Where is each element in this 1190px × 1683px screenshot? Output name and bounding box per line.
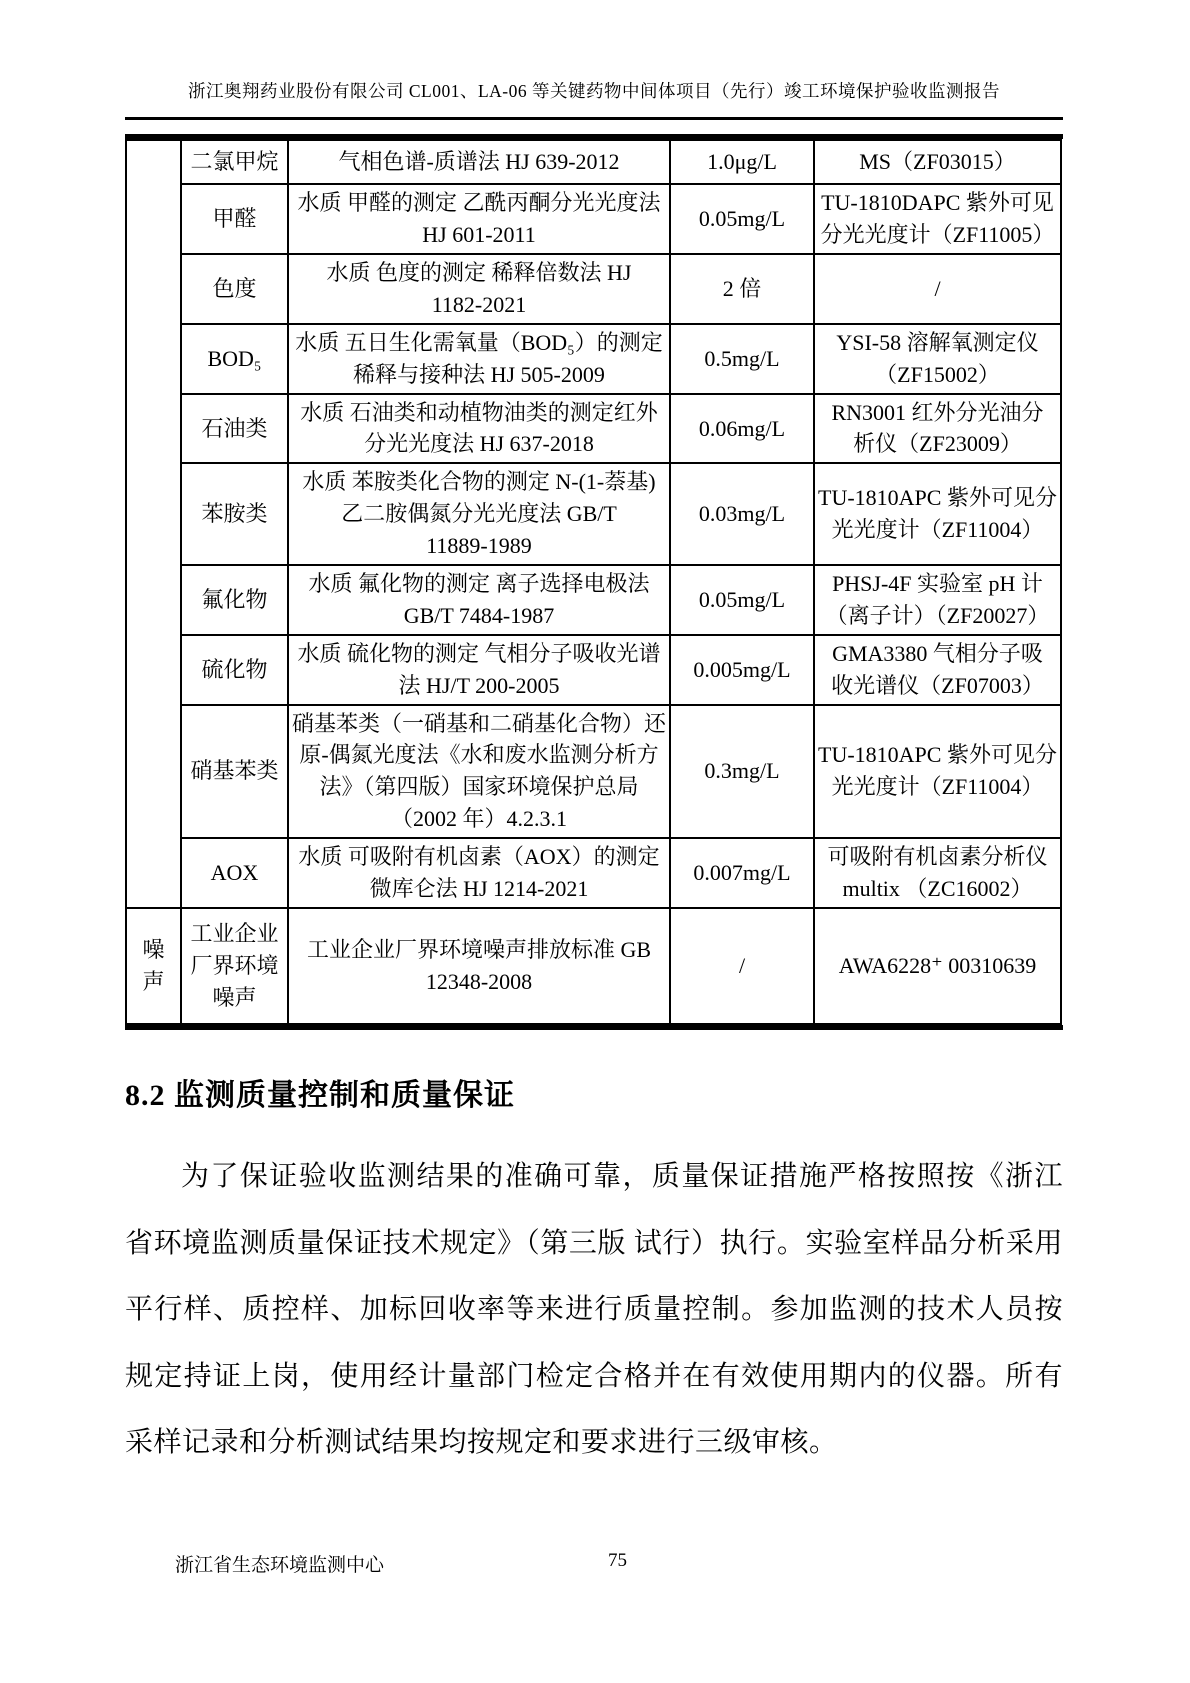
- parameter-cell: 石油类: [181, 394, 288, 464]
- method-cell: 水质 石油类和动植物油类的测定红外 分光光度法 HJ 637-2018: [288, 394, 670, 464]
- limit-cell: 0.05mg/L: [670, 565, 814, 635]
- instrument-cell: 可吸附有机卤素分析仪 multix （ZC16002）: [814, 838, 1061, 908]
- limit-cell: 0.03mg/L: [670, 463, 814, 565]
- table-row: 甲醛 水质 甲醛的测定 乙酰丙酮分光光度法 HJ 601-2011 0.05mg…: [126, 184, 1061, 254]
- table-row: 二氯甲烷 气相色谱-质谱法 HJ 639-2012 1.0μg/L MS（ZF0…: [126, 140, 1061, 184]
- method-cell: 水质 甲醛的测定 乙酰丙酮分光光度法 HJ 601-2011: [288, 184, 670, 254]
- limit-cell: 0.06mg/L: [670, 394, 814, 464]
- section-paragraph: 为了保证验收监测结果的准确可靠，质量保证措施严格按照按《浙江省环境监测质量保证技…: [125, 1144, 1063, 1477]
- method-cell: 水质 可吸附有机卤素（AOX）的测定 微库仑法 HJ 1214-2021: [288, 838, 670, 908]
- table-row: 氟化物 水质 氟化物的测定 离子选择电极法 GB/T 7484-1987 0.0…: [126, 565, 1061, 635]
- instrument-cell: MS（ZF03015）: [814, 140, 1061, 184]
- parameter-cell: 硝基苯类: [181, 705, 288, 839]
- footer-organization: 浙江省生态环境监测中心: [175, 1550, 384, 1577]
- instrument-cell: TU-1810APC 紫外可见分 光光度计（ZF11004）: [814, 705, 1061, 839]
- parameter-cell: 工业企业 厂界环境 噪声: [181, 908, 288, 1024]
- instrument-cell: PHSJ-4F 实验室 pH 计 （离子计）（ZF20027）: [814, 565, 1061, 635]
- limit-cell: 0.5mg/L: [670, 324, 814, 394]
- instrument-cell: TU-1810APC 紫外可见分 光光度计（ZF11004）: [814, 463, 1061, 565]
- parameter-cell: 氟化物: [181, 565, 288, 635]
- limit-cell: 2 倍: [670, 254, 814, 324]
- limit-cell: 0.005mg/L: [670, 635, 814, 705]
- instrument-cell: RN3001 红外分光油分 析仪（ZF23009）: [814, 394, 1061, 464]
- limit-cell: /: [670, 908, 814, 1024]
- page-header-title: 浙江奥翔药业股份有限公司 CL001、LA-06 等关键药物中间体项目（先行）竣…: [125, 0, 1063, 120]
- table-row: 石油类 水质 石油类和动植物油类的测定红外 分光光度法 HJ 637-2018 …: [126, 394, 1061, 464]
- method-cell: 工业企业厂界环境噪声排放标准 GB 12348-2008: [288, 908, 670, 1024]
- method-cell: 水质 色度的测定 稀释倍数法 HJ 1182-2021: [288, 254, 670, 324]
- section-heading: 8.2 监测质量控制和质量保证: [125, 1070, 1063, 1114]
- parameter-cell: BOD₅: [181, 324, 288, 394]
- method-cell: 水质 苯胺类化合物的测定 N-(1-萘基) 乙二胺偶氮分光光度法 GB/T 11…: [288, 463, 670, 565]
- method-cell: 水质 氟化物的测定 离子选择电极法 GB/T 7484-1987: [288, 565, 670, 635]
- parameter-cell: 硫化物: [181, 635, 288, 705]
- table-row: 硝基苯类 硝基苯类（一硝基和二硝基化合物）还 原-偶氮光度法《水和废水监测分析方…: [126, 705, 1061, 839]
- category-cell-merged: [126, 140, 181, 908]
- instrument-cell: TU-1810DAPC 紫外可见 分光光度计（ZF11005）: [814, 184, 1061, 254]
- limit-cell: 0.007mg/L: [670, 838, 814, 908]
- method-cell: 硝基苯类（一硝基和二硝基化合物）还 原-偶氮光度法《水和废水监测分析方 法》（第…: [288, 705, 670, 839]
- instrument-cell: AWA6228⁺ 00310639: [814, 908, 1061, 1024]
- instrument-cell: YSI-58 溶解氧测定仪 （ZF15002）: [814, 324, 1061, 394]
- footer-page-number: 75: [608, 1550, 627, 1572]
- method-cell: 水质 硫化物的测定 气相分子吸收光谱 法 HJ/T 200-2005: [288, 635, 670, 705]
- parameter-cell: 苯胺类: [181, 463, 288, 565]
- instrument-cell: GMA3380 气相分子吸 收光谱仪（ZF07003）: [814, 635, 1061, 705]
- table-row: 硫化物 水质 硫化物的测定 气相分子吸收光谱 法 HJ/T 200-2005 0…: [126, 635, 1061, 705]
- monitoring-table: 二氯甲烷 气相色谱-质谱法 HJ 639-2012 1.0μg/L MS（ZF0…: [125, 139, 1062, 1025]
- method-cell: 气相色谱-质谱法 HJ 639-2012: [288, 140, 670, 184]
- instrument-cell: /: [814, 254, 1061, 324]
- table-row: AOX 水质 可吸附有机卤素（AOX）的测定 微库仑法 HJ 1214-2021…: [126, 838, 1061, 908]
- parameter-cell: 甲醛: [181, 184, 288, 254]
- limit-cell: 0.3mg/L: [670, 705, 814, 839]
- table-row-noise: 噪 声 工业企业 厂界环境 噪声 工业企业厂界环境噪声排放标准 GB 12348…: [126, 908, 1061, 1024]
- method-cell: 水质 五日生化需氧量（BOD₅）的测定 稀释与接种法 HJ 505-2009: [288, 324, 670, 394]
- limit-cell: 0.05mg/L: [670, 184, 814, 254]
- table-row: 色度 水质 色度的测定 稀释倍数法 HJ 1182-2021 2 倍 /: [126, 254, 1061, 324]
- parameter-cell: 色度: [181, 254, 288, 324]
- table-row: 苯胺类 水质 苯胺类化合物的测定 N-(1-萘基) 乙二胺偶氮分光光度法 GB/…: [126, 463, 1061, 565]
- table-row: BOD₅ 水质 五日生化需氧量（BOD₅）的测定 稀释与接种法 HJ 505-2…: [126, 324, 1061, 394]
- parameter-cell: 二氯甲烷: [181, 140, 288, 184]
- report-page: 浙江奥翔药业股份有限公司 CL001、LA-06 等关键药物中间体项目（先行）竣…: [0, 0, 1190, 1683]
- category-cell-noise: 噪 声: [126, 908, 181, 1024]
- limit-cell: 1.0μg/L: [670, 140, 814, 184]
- parameter-cell: AOX: [181, 838, 288, 908]
- monitoring-table-wrap: 二氯甲烷 气相色谱-质谱法 HJ 639-2012 1.0μg/L MS（ZF0…: [125, 134, 1063, 1030]
